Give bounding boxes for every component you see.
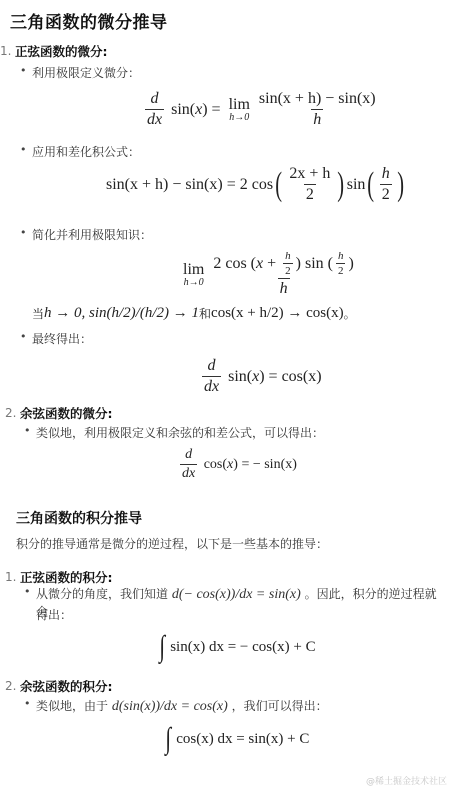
formula-sum-to-product: sin(x + h) − sin(x) = 2 cos ( 2x + h2 ) … xyxy=(106,165,406,204)
bullet-text: 类似地，由于 d(sin(x))/dx = cos(x) ，我们可以得出： xyxy=(36,697,328,715)
item-title-sine-integral: 正弦函数的积分: xyxy=(20,568,113,586)
list-number: 1. xyxy=(5,570,16,584)
bullet-text: 简化并利用极限知识： xyxy=(32,226,152,243)
section-intro: 积分的推导通常是微分的逆过程，以下是一些基本的推导： xyxy=(16,535,328,552)
list-number: 2. xyxy=(5,679,16,693)
section-title-integration: 三角函数的积分推导 xyxy=(16,508,142,528)
bullet-text: 最终得出： xyxy=(32,330,92,347)
formula-limit-simplified: limh→0 2 cos (x + h2 ) sin ( h2 ) h xyxy=(179,250,359,298)
formula-cosine-integral: ∫ cos(x) dx = sin(x) + C xyxy=(164,722,309,756)
bullet-text: 类似地，利用极限定义和余弦的和差公式，可以得出： xyxy=(36,424,324,441)
list-number: 2. xyxy=(5,406,16,420)
bullet-text: 利用极限定义微分： xyxy=(32,64,140,81)
formula-cosine-derivative-result: ddx cos(x) = − sin(x) xyxy=(177,447,297,482)
section-title-differentiation: 三角函数的微分推导 xyxy=(10,8,168,33)
bullet-text-continued: 得出： xyxy=(36,606,72,623)
bullet-text: 从微分的角度，我们知道 d(− cos(x))/dx = sin(x) 。因此，… xyxy=(36,585,446,620)
limit-note: 当 h → 0, sin(h/2)/(h/2) → 1 和 cos(x + h/… xyxy=(32,305,356,322)
list-number: 1. xyxy=(0,44,11,58)
item-title-sine-derivative: 正弦函数的微分: xyxy=(15,42,108,60)
item-title-cosine-derivative: 余弦函数的微分: xyxy=(20,404,113,422)
formula-derivative-definition: ddx sin(x) = limh→0 sin(x + h) − sin(x)h xyxy=(142,90,381,129)
item-title-cosine-integral: 余弦函数的积分: xyxy=(20,677,113,695)
formula-sine-integral: ∫ sin(x) dx = − cos(x) + C xyxy=(158,630,316,664)
watermark: @稀土掘金技术社区 xyxy=(366,774,447,787)
bullet-text: 应用和差化积公式： xyxy=(32,143,140,160)
formula-sine-derivative-result: ddx sin(x) = cos(x) xyxy=(199,357,322,396)
